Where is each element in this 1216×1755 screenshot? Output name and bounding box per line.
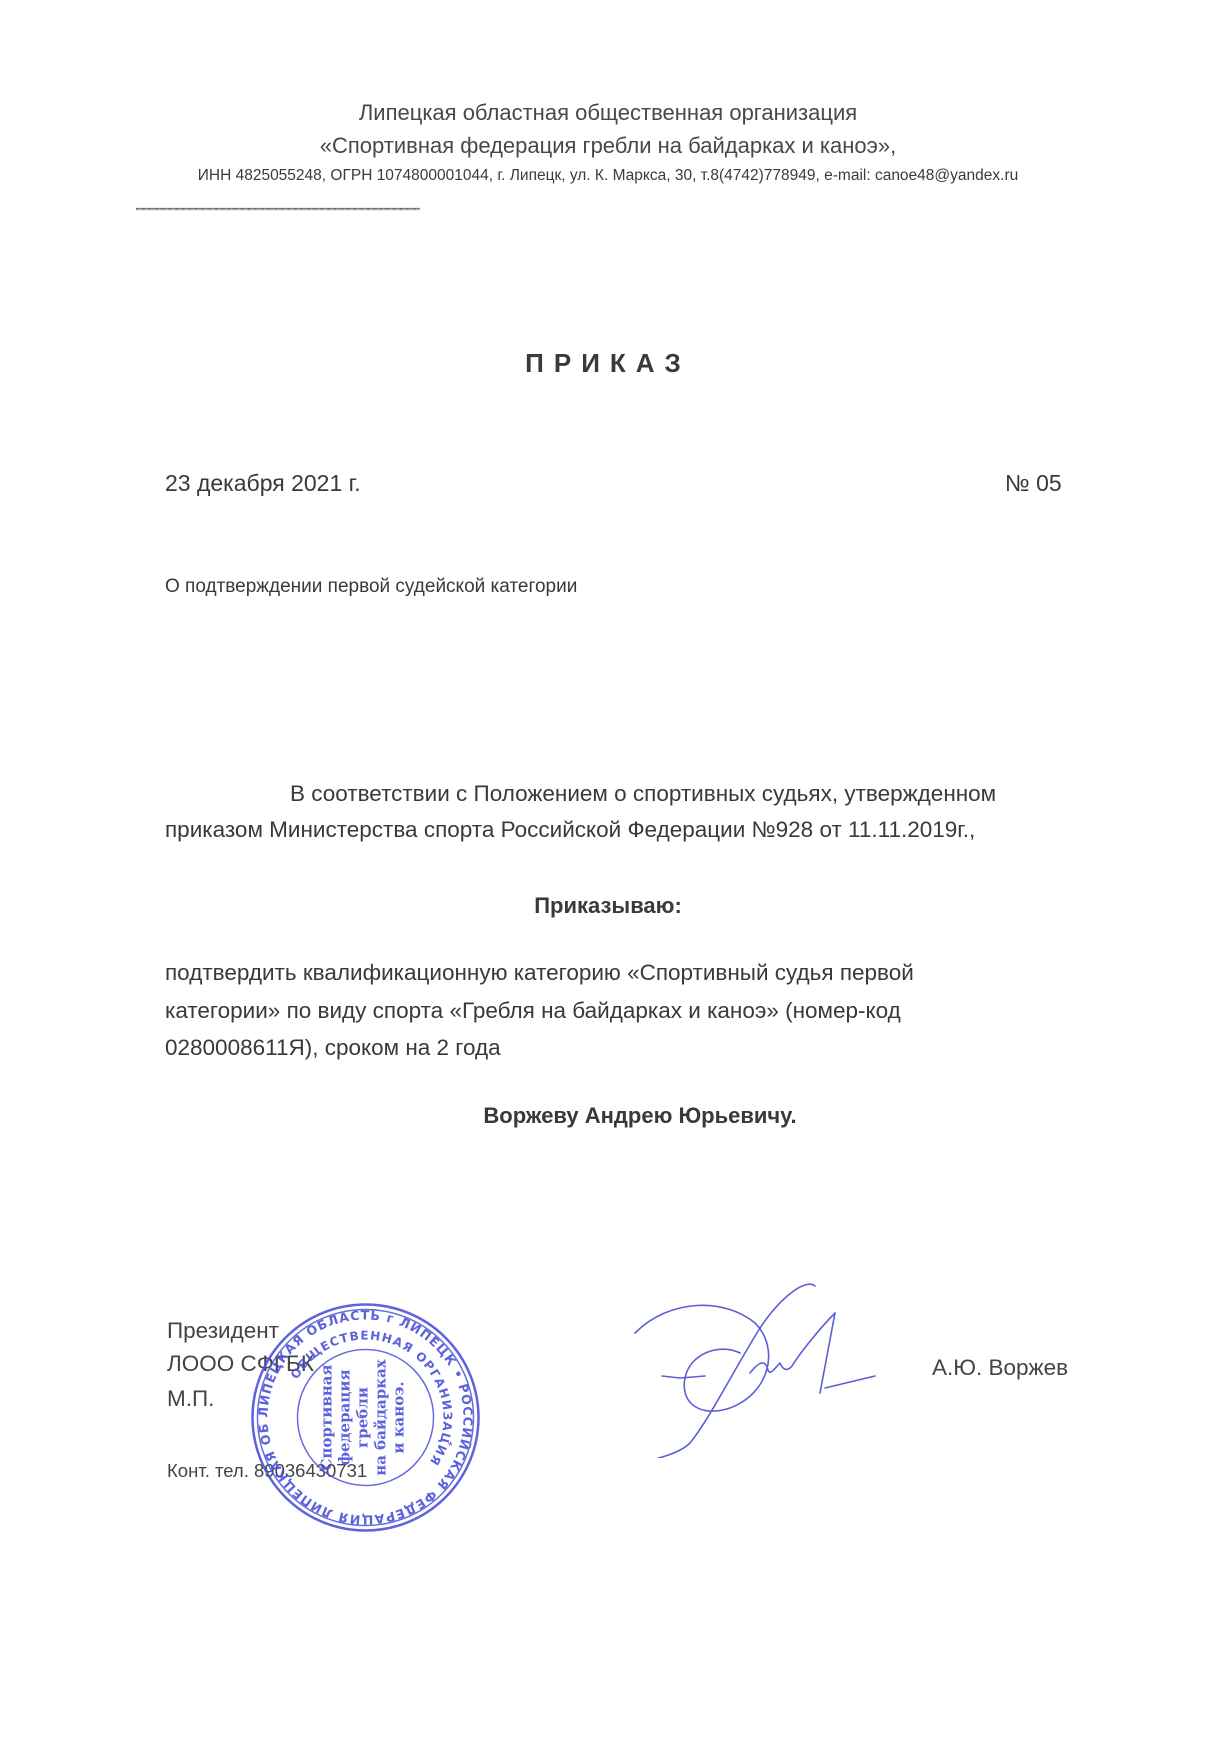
seal-center-line-1: Спортивная [318, 1364, 336, 1470]
seal-placeholder: М.П. [167, 1386, 214, 1412]
org-name-line2: «Спортивная федерация гребли на байдарка… [0, 133, 1216, 159]
org-requisites: ИНН 4825055248, ОГРН 1074800001044, г. Л… [0, 167, 1216, 185]
signer-name: А.Ю. Воржев [932, 1355, 1068, 1381]
handwritten-signature [630, 1258, 880, 1458]
recipient-name: Воржеву Андрею Юрьевичу. [0, 1103, 1216, 1129]
preamble-line-1: В соответствии с Положением о спортивных… [290, 781, 996, 807]
order-body-line-1: подтвердить квалификационную категорию «… [165, 960, 914, 986]
document-date: 23 декабря 2021 г. [165, 470, 361, 497]
document-subject: О подтверждении первой судейской категор… [165, 576, 577, 598]
order-heading: Приказываю: [0, 893, 1216, 919]
seal-center-line-5: и каноэ. [390, 1381, 408, 1453]
document-title: ПРИКАЗ [0, 348, 1216, 379]
document-number: № 05 [1005, 470, 1062, 497]
seal-center-line-4: на байдарках [372, 1358, 390, 1476]
seal-star-icon: * [448, 1439, 453, 1453]
organization-seal-stamp: ЛИПЕЦКАЯ ОБЛАСТЬ г ЛИПЕЦК • РОССИЙСКАЯ Ф… [248, 1300, 483, 1535]
org-name-line1: Липецкая областная общественная организа… [0, 100, 1216, 126]
order-body-line-2: категории» по виду спорта «Гребля на бай… [165, 998, 901, 1024]
order-body-line-3: 0280008611Я), сроком на 2 года [165, 1035, 501, 1061]
seal-center-line-2: федерация [336, 1369, 354, 1465]
header-divider: ,,,,,,,,,,,,,,,,,,,,,,,,,,,,,,,,,,,,,,,,… [135, 203, 1135, 211]
preamble-line-2: приказом Министерства спорта Российской … [165, 817, 975, 843]
seal-center-line-3: гребли [354, 1387, 372, 1448]
